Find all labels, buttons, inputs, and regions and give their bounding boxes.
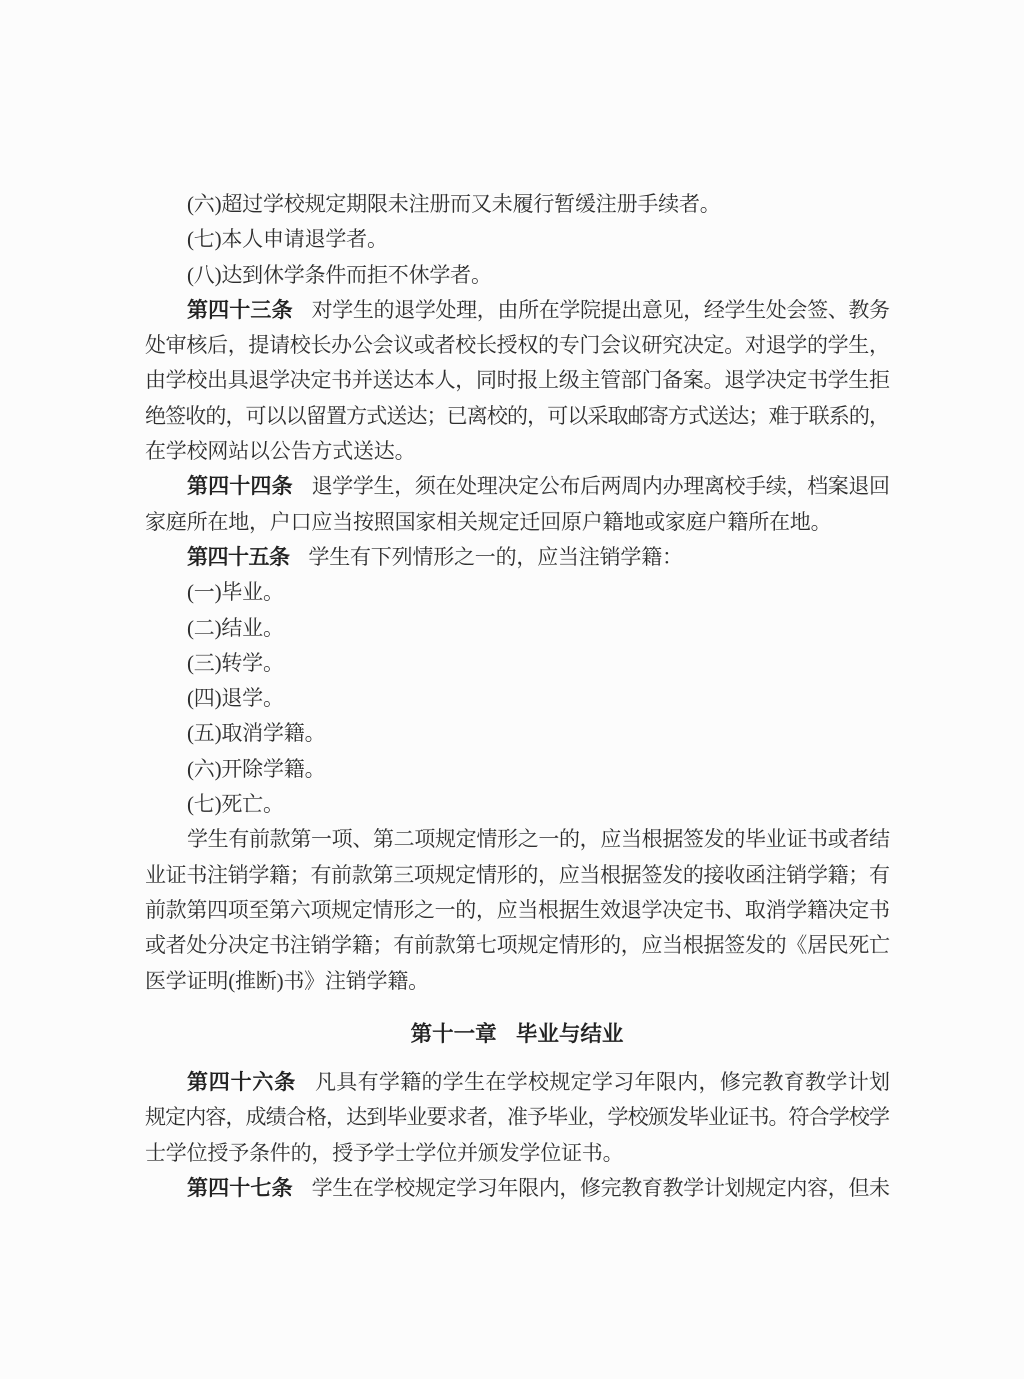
document-page: (六)超过学校规定期限未注册而又未履行暂缓注册手续者。(七)本人申请退学者。(八… [0, 0, 1024, 1379]
line-text: 处审核后，提请校长办公会议或者校长授权的专门会议研究决定。对退学的学生， [145, 333, 889, 357]
text-line: 家庭所在地，户口应当按照国家相关规定迁回原户籍地或家庭户籍所在地。 [145, 505, 889, 540]
text-line: 医学证明(推断)书》注销学籍。 [145, 964, 889, 999]
line-text: 在学校网站以公告方式送达。 [145, 439, 415, 463]
article-number: 第四十七条 [187, 1177, 293, 1200]
text-line: 业证书注销学籍；有前款第三项规定情形的，应当根据签发的接收函注销学籍；有 [145, 858, 889, 893]
text-line: 士学位授予条件的，授予学士学位并颁发学位证书。 [145, 1136, 889, 1171]
text-line: 规定内容，成绩合格，达到毕业要求者，准予毕业，学校颁发毕业证书。符合学校学 [145, 1100, 889, 1135]
line-text: 家庭所在地，户口应当按照国家相关规定迁回原户籍地或家庭户籍所在地。 [145, 510, 831, 534]
text-line: (七)死亡。 [145, 787, 889, 822]
text-line: 由学校出具退学决定书并送达本人，同时报上级主管部门备案。退学决定书学生拒 [145, 363, 889, 398]
chapter-title: 毕业与结业 [516, 1022, 624, 1046]
article-number: 第四十六条 [187, 1071, 296, 1094]
line-text: 退学学生，须在处理决定公布后两周内办理离校手续，档案退回 [312, 474, 889, 498]
line-text: 医学证明(推断)书》注销学籍。 [145, 969, 429, 993]
text-line: 第四十七条学生在学校规定学习年限内，修完教育教学计划规定内容，但未 [145, 1171, 889, 1206]
line-text: 学生有前款第一项、第二项规定情形之一的，应当根据签发的毕业证书或者结 [187, 827, 889, 851]
text-line: 在学校网站以公告方式送达。 [145, 434, 889, 469]
article-number: 第四十四条 [187, 475, 293, 498]
line-text: (七)本人申请退学者。 [187, 227, 388, 251]
line-text: (一)毕业。 [187, 580, 284, 604]
line-text: 学生有下列情形之一的，应当注销学籍： [308, 545, 682, 569]
text-line: (六)开除学籍。 [145, 752, 889, 787]
line-text: 业证书注销学籍；有前款第三项规定情形的，应当根据签发的接收函注销学籍；有 [145, 863, 889, 887]
text-line: 第四十六条凡具有学籍的学生在学校规定学习年限内，修完教育教学计划 [145, 1065, 889, 1100]
text-line: (八)达到休学条件而拒不休学者。 [145, 258, 889, 293]
chapter-number: 第十一章 [411, 1022, 497, 1046]
line-text: 凡具有学籍的学生在学校规定学习年限内，修完教育教学计划 [315, 1070, 889, 1094]
line-text: (三)转学。 [187, 651, 284, 675]
line-text: (六)超过学校规定期限未注册而又未履行暂缓注册手续者。 [187, 192, 721, 216]
text-line: (二)结业。 [145, 611, 889, 646]
text-line: 第四十五条学生有下列情形之一的，应当注销学籍： [145, 540, 889, 575]
line-text: 或者处分决定书注销学籍；有前款第七项规定情形的，应当根据签发的《居民死亡 [145, 933, 889, 957]
article-number: 第四十五条 [187, 546, 290, 569]
text-line: 前款第四项至第六项规定情形之一的，应当根据生效退学决定书、取消学籍决定书 [145, 893, 889, 928]
text-line: (一)毕业。 [145, 575, 889, 610]
line-text: (八)达到休学条件而拒不休学者。 [187, 263, 492, 287]
line-text: 前款第四项至第六项规定情形之一的，应当根据生效退学决定书、取消学籍决定书 [145, 898, 889, 922]
text-line: 第四十四条退学学生，须在处理决定公布后两周内办理离校手续，档案退回 [145, 469, 889, 504]
text-line: 绝签收的，可以以留置方式送达；已离校的，可以采取邮寄方式送达；难于联系的， [145, 399, 889, 434]
text-line: (五)取消学籍。 [145, 716, 889, 751]
line-text: 绝签收的，可以以留置方式送达；已离校的，可以采取邮寄方式送达；难于联系的， [145, 404, 889, 428]
line-text: (七)死亡。 [187, 792, 284, 816]
line-text: (二)结业。 [187, 616, 284, 640]
line-text: 由学校出具退学决定书并送达本人，同时报上级主管部门备案。退学决定书学生拒 [145, 368, 889, 392]
line-text: 对学生的退学处理，由所在学院提出意见，经学生处会签、教务 [312, 298, 889, 322]
chapter-heading: 第十一章毕业与结业 [145, 1017, 889, 1052]
line-text: (四)退学。 [187, 686, 284, 710]
text-line: 或者处分决定书注销学籍；有前款第七项规定情形的，应当根据签发的《居民死亡 [145, 928, 889, 963]
line-text: 规定内容，成绩合格，达到毕业要求者，准予毕业，学校颁发毕业证书。符合学校学 [145, 1105, 889, 1129]
text-line: 学生有前款第一项、第二项规定情形之一的，应当根据签发的毕业证书或者结 [145, 822, 889, 857]
text-line: 处审核后，提请校长办公会议或者校长授权的专门会议研究决定。对退学的学生， [145, 328, 889, 363]
article-number: 第四十三条 [187, 299, 293, 322]
line-text: (五)取消学籍。 [187, 721, 325, 745]
text-line: (四)退学。 [145, 681, 889, 716]
text-line: (三)转学。 [145, 646, 889, 681]
line-text: (六)开除学籍。 [187, 757, 325, 781]
line-text: 学生在学校规定学习年限内，修完教育教学计划规定内容，但未 [312, 1176, 889, 1200]
text-line: (六)超过学校规定期限未注册而又未履行暂缓注册手续者。 [145, 187, 889, 222]
text-line: (七)本人申请退学者。 [145, 222, 889, 257]
line-text: 士学位授予条件的，授予学士学位并颁发学位证书。 [145, 1141, 623, 1165]
text-line: 第四十三条对学生的退学处理，由所在学院提出意见，经学生处会签、教务 [145, 293, 889, 328]
